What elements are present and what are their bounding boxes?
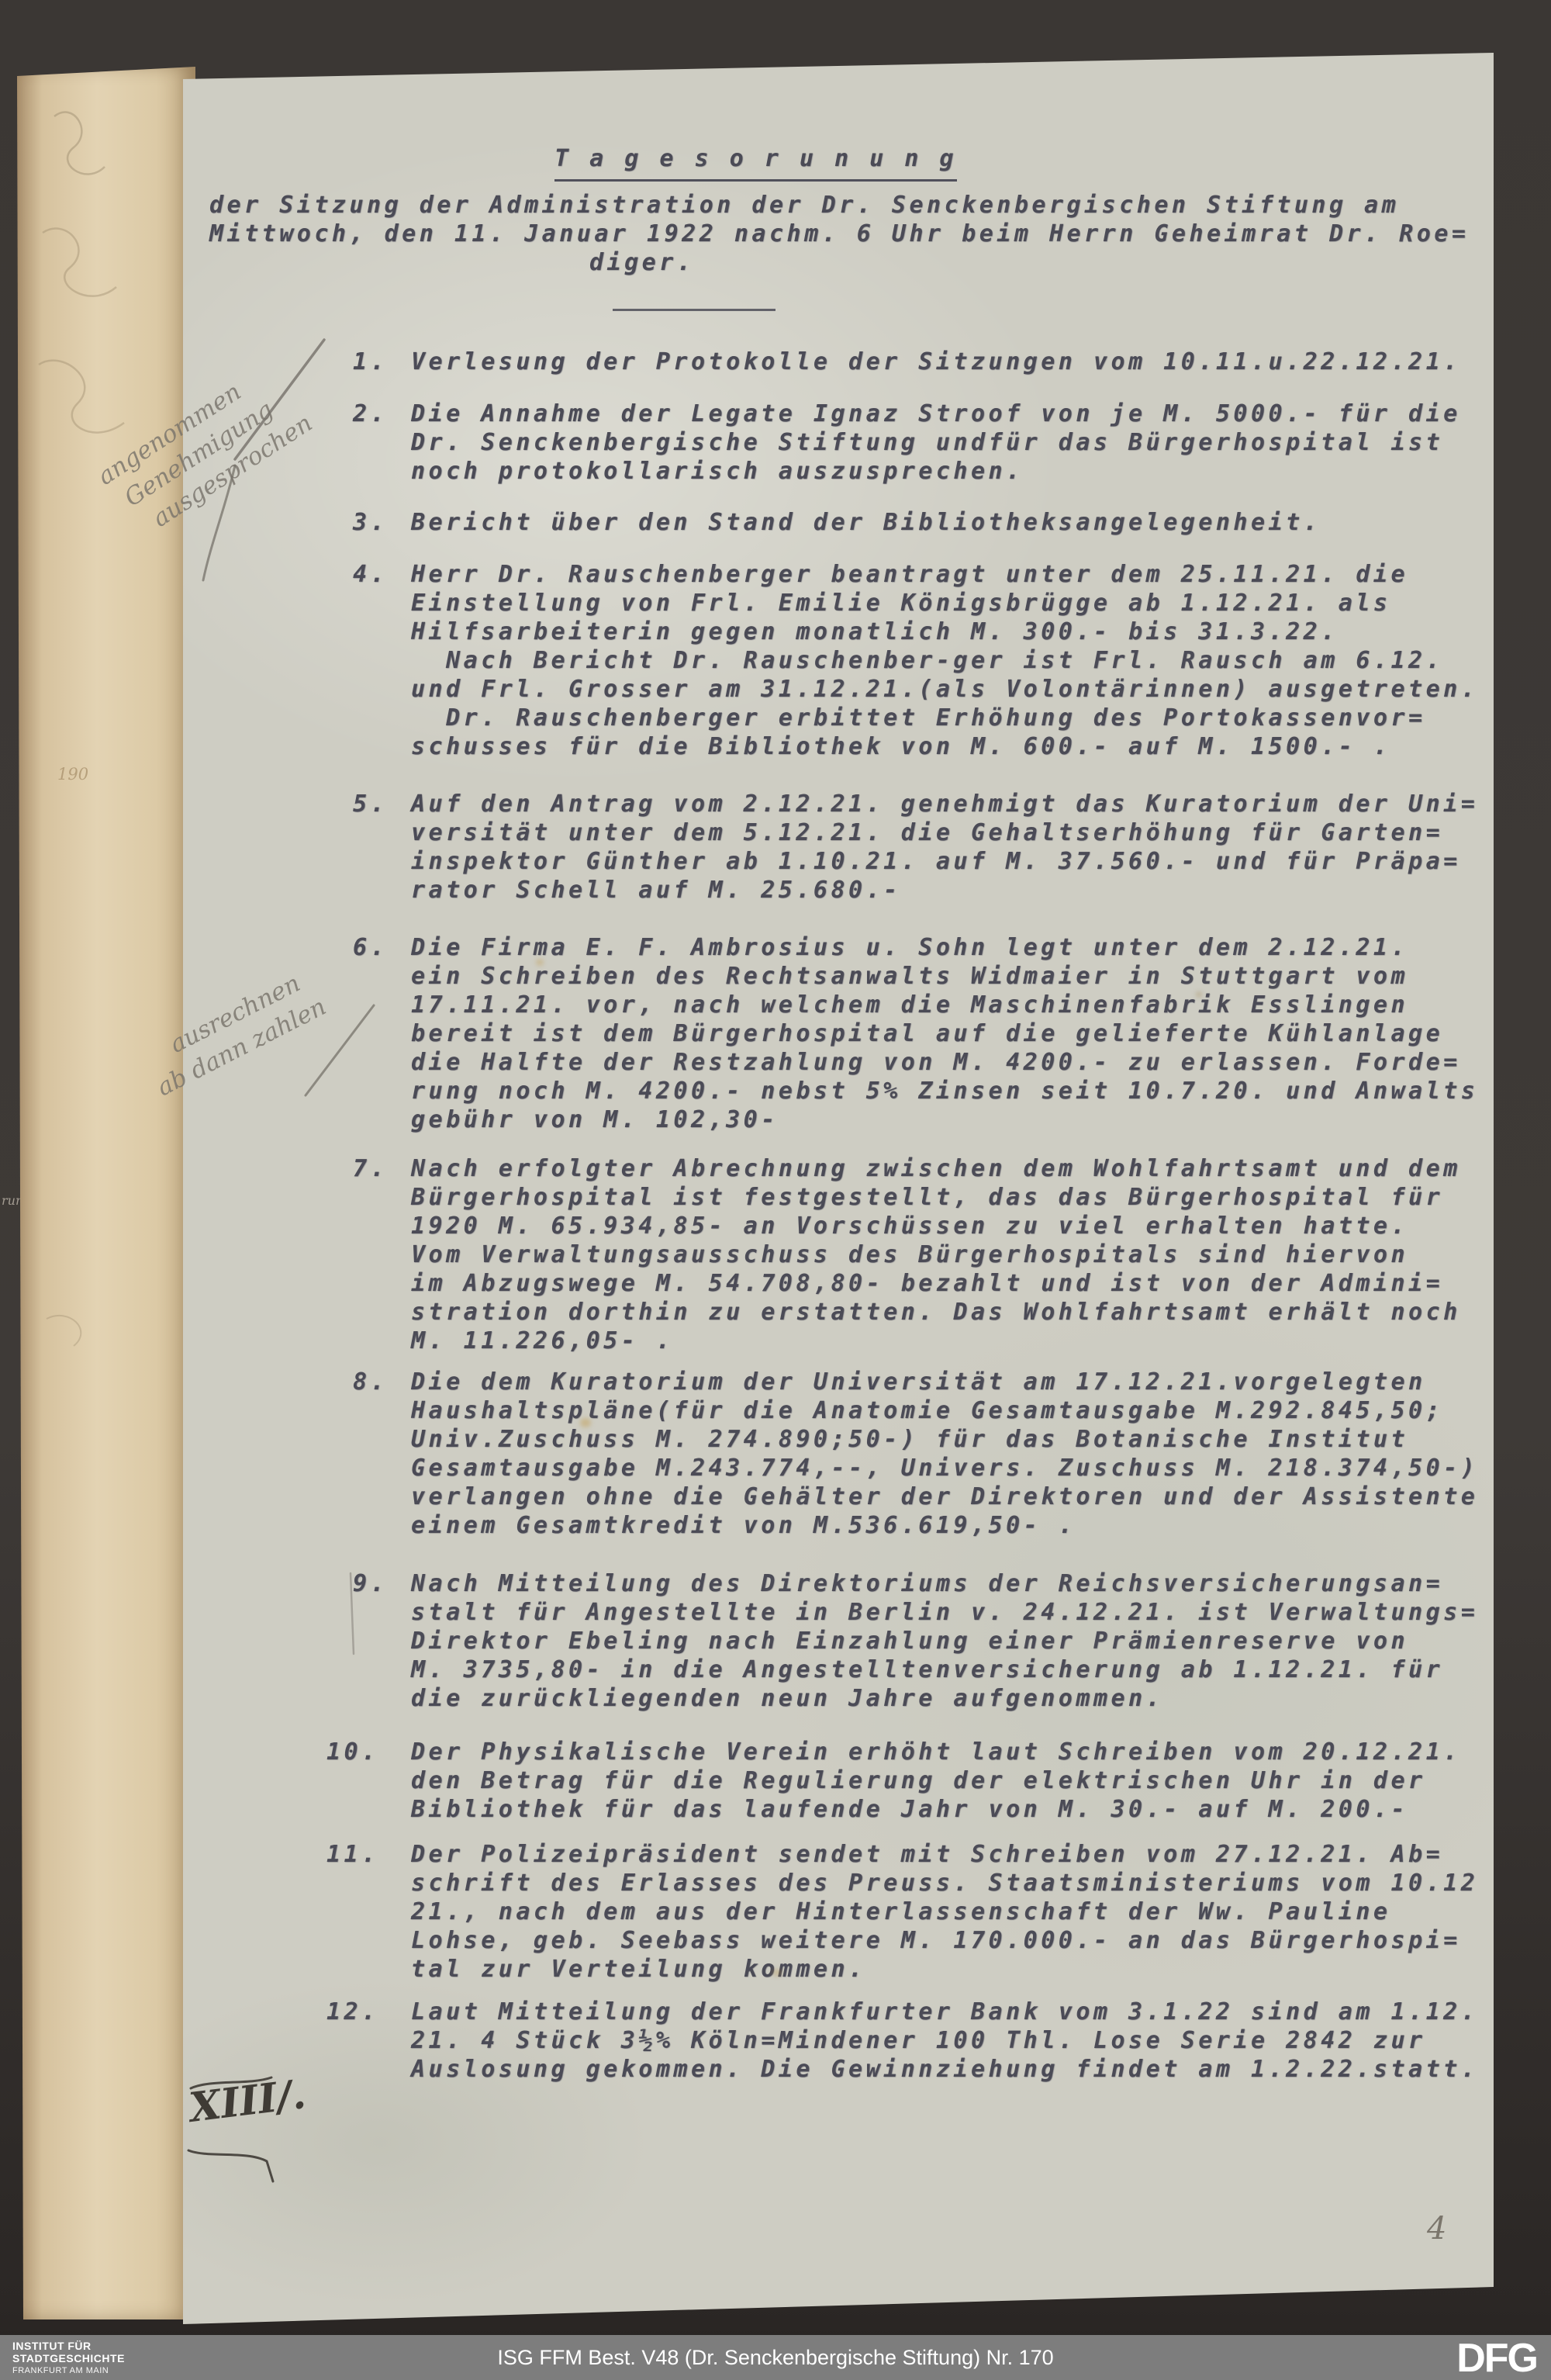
- agenda-item-line: rung noch M. 4200.- nebst 5% Zinsen seit…: [411, 1077, 1478, 1105]
- agenda-item-text: Die Annahme der Legate Ignaz Stroof von …: [411, 400, 1461, 486]
- agenda-item-text: Verlesung der Protokolle der Sitzungen v…: [411, 348, 1461, 376]
- agenda-item-line: tal zur Verteilung kommen.: [411, 1955, 1478, 1984]
- agenda-item-line: und Frl. Grosser am 31.12.21.(als Volont…: [411, 675, 1478, 704]
- archive-footer: INSTITUT FÜR STADTGESCHICHTE FRANKFURT A…: [0, 2335, 1551, 2380]
- agenda-item-line: Hilfsarbeiterin gegen monatlich M. 300.-…: [411, 617, 1478, 646]
- title-divider-line: [613, 309, 775, 311]
- agenda-item-number: 3.: [353, 508, 388, 537]
- agenda-item-line: versität unter dem 5.12.21. die Gehaltse…: [411, 818, 1478, 847]
- agenda-item-text: Der Polizeipräsident sendet mit Schreibe…: [411, 1840, 1478, 1984]
- agenda-item-line: gebühr von M. 102,30-: [411, 1105, 1478, 1134]
- scan-background: { "page": { "archive_institution": { "li…: [0, 0, 1551, 2380]
- agenda-item-line: Dr. Rauschenberger erbittet Erhöhung des…: [411, 704, 1478, 732]
- agenda-item-line: noch protokollarisch auszusprechen.: [411, 457, 1461, 486]
- agenda-item-line: schrift des Erlasses des Preuss. Staatsm…: [411, 1869, 1478, 1897]
- agenda-item-number: 1.: [353, 348, 388, 376]
- document-page: T a g e s o r u n u n g der Sitzung der …: [183, 53, 1494, 2324]
- pencil-page-number: 4: [1427, 2211, 1446, 2247]
- agenda-item-line: 1920 M. 65.934,85- an Vorschüssen zu vie…: [411, 1212, 1461, 1240]
- agenda-item-line: im Abzugswege M. 54.708,80- bezahlt und …: [411, 1269, 1461, 1298]
- agenda-item-line: 21., nach dem aus der Hinterlassenschaft…: [411, 1897, 1478, 1926]
- agenda-item-line: ein Schreiben des Rechtsanwalts Widmaier…: [411, 962, 1478, 991]
- agenda-item-number: 10.: [326, 1738, 379, 1766]
- agenda-item-line: Haushaltspläne(für die Anatomie Gesamtau…: [411, 1396, 1478, 1425]
- strip-page-number: 190: [57, 765, 88, 784]
- agenda-item-line: M. 3735,80- in die Angestelltenversicher…: [411, 1655, 1478, 1684]
- paper-stain: [536, 959, 544, 966]
- agenda-item-line: Herr Dr. Rauschenberger beantragt unter …: [411, 560, 1478, 589]
- agenda-item-line: Bericht über den Stand der Bibliotheksan…: [411, 508, 1321, 537]
- agenda-item-text: Nach Mitteilung des Direktoriums der Rei…: [411, 1569, 1478, 1713]
- agenda-item-text: Herr Dr. Rauschenberger beantragt unter …: [411, 560, 1478, 761]
- agenda-item-line: schusses für die Bibliothek von M. 600.-…: [411, 732, 1478, 761]
- agenda-item-number: 2.: [353, 400, 388, 428]
- agenda-item-number: 8.: [353, 1368, 388, 1396]
- agenda-item-line: Nach Mitteilung des Direktoriums der Rei…: [411, 1569, 1478, 1598]
- agenda-item-line: die zurückliegenden neun Jahre aufgenomm…: [411, 1684, 1478, 1713]
- dfg-logo: DFG: [1456, 2335, 1537, 2380]
- agenda-item-line: M. 11.226,05- .: [411, 1327, 1461, 1355]
- agenda-item-line: Dr. Senckenbergische Stiftung undfür das…: [411, 428, 1461, 457]
- agenda-item-text: Bericht über den Stand der Bibliotheksan…: [411, 508, 1321, 537]
- intro-line-2: Mittwoch, den 11. Januar 1922 nachm. 6 U…: [209, 220, 1469, 248]
- agenda-item-line: Nach erfolgter Abrechnung zwischen dem W…: [411, 1154, 1461, 1183]
- agenda-item-line: Laut Mitteilung der Frankfurter Bank vom…: [411, 1998, 1478, 2026]
- intro-line-1: der Sitzung der Administration der Dr. S…: [209, 191, 1399, 220]
- agenda-item-line: Die Annahme der Legate Ignaz Stroof von …: [411, 400, 1461, 428]
- agenda-item-line: rator Schell auf M. 25.680.-: [411, 876, 1478, 905]
- paper-stain: [580, 1418, 591, 1427]
- agenda-item-line: Der Polizeipräsident sendet mit Schreibe…: [411, 1840, 1478, 1869]
- agenda-item-line: Direktor Ebeling nach Einzahlung einer P…: [411, 1627, 1478, 1655]
- agenda-item-number: 5.: [353, 790, 388, 818]
- agenda-item-number: 11.: [326, 1840, 379, 1869]
- agenda-item-text: Die dem Kuratorium der Universität am 17…: [411, 1368, 1478, 1540]
- agenda-item-line: bereit ist dem Bürgerhospital auf die ge…: [411, 1019, 1478, 1048]
- agenda-item-line: einem Gesamtkredit von M.536.619,50- .: [411, 1511, 1478, 1540]
- paper-stain: [1196, 991, 1202, 998]
- agenda-item-line: verlangen ohne die Gehälter der Direktor…: [411, 1482, 1478, 1511]
- agenda-item-number: 9.: [353, 1569, 388, 1598]
- document-title: T a g e s o r u n u n g: [554, 144, 957, 182]
- agenda-item-line: Der Physikalische Verein erhöht laut Sch…: [411, 1738, 1461, 1766]
- agenda-item-line: Einstellung von Frl. Emilie Königsbrügge…: [411, 589, 1478, 617]
- agenda-item-line: 21. 4 Stück 3½% Köln=Mindener 100 Thl. L…: [411, 2026, 1478, 2055]
- agenda-item-number: 6.: [353, 933, 388, 962]
- intro-line-3: diger.: [589, 248, 694, 277]
- agenda-item-line: Lohse, geb. Seebass weitere M. 170.000.-…: [411, 1926, 1478, 1955]
- agenda-item-line: Auslosung gekommen. Die Gewinnziehung fi…: [411, 2055, 1478, 2084]
- agenda-item-line: die Halfte der Restzahlung von M. 4200.-…: [411, 1048, 1478, 1077]
- folio-mark: XIII/.: [187, 2070, 309, 2132]
- agenda-item-number: 12.: [326, 1998, 379, 2026]
- agenda-item-line: Die dem Kuratorium der Universität am 17…: [411, 1368, 1478, 1396]
- agenda-item-line: Bürgerhospital ist festgestellt, das das…: [411, 1183, 1461, 1212]
- agenda-item-number: 4.: [353, 560, 388, 589]
- archive-caption: ISG FFM Best. V48 (Dr. Senckenbergische …: [0, 2346, 1551, 2370]
- agenda-item-line: Univ.Zuschuss M. 274.890;50-) für das Bo…: [411, 1425, 1478, 1454]
- agenda-item-line: 17.11.21. vor, nach welchem die Maschine…: [411, 991, 1478, 1019]
- agenda-item-line: inspektor Günther ab 1.10.21. auf M. 37.…: [411, 847, 1478, 876]
- agenda-item-line: Vom Verwaltungsausschuss des Bürgerhospi…: [411, 1240, 1461, 1269]
- agenda-item-text: Auf den Antrag vom 2.12.21. genehmigt da…: [411, 790, 1478, 905]
- agenda-item-line: Bibliothek für das laufende Jahr von M. …: [411, 1795, 1461, 1824]
- agenda-item-line: Die Firma E. F. Ambrosius u. Sohn legt u…: [411, 933, 1478, 962]
- agenda-item-text: Die Firma E. F. Ambrosius u. Sohn legt u…: [411, 933, 1478, 1134]
- agenda-item-text: Der Physikalische Verein erhöht laut Sch…: [411, 1738, 1461, 1824]
- agenda-item-line: Auf den Antrag vom 2.12.21. genehmigt da…: [411, 790, 1478, 818]
- previous-page-edge: 190: [17, 67, 195, 2319]
- agenda-item-number: 7.: [353, 1154, 388, 1183]
- agenda-item-line: Gesamtausgabe M.243.774,--, Univers. Zus…: [411, 1454, 1478, 1482]
- agenda-item-line: Verlesung der Protokolle der Sitzungen v…: [411, 348, 1461, 376]
- agenda-item-text: Nach erfolgter Abrechnung zwischen dem W…: [411, 1154, 1461, 1355]
- agenda-item-line: stration dorthin zu erstatten. Das Wohlf…: [411, 1298, 1461, 1327]
- paper-stain: [772, 1969, 782, 1977]
- agenda-item-line: stalt für Angestellte in Berlin v. 24.12…: [411, 1598, 1478, 1627]
- agenda-item-line: Nach Bericht Dr. Rauschenber-ger ist Frl…: [411, 646, 1478, 675]
- agenda-item-text: Laut Mitteilung der Frankfurter Bank vom…: [411, 1998, 1478, 2084]
- agenda-item-line: den Betrag für die Regulierung der elekt…: [411, 1766, 1461, 1795]
